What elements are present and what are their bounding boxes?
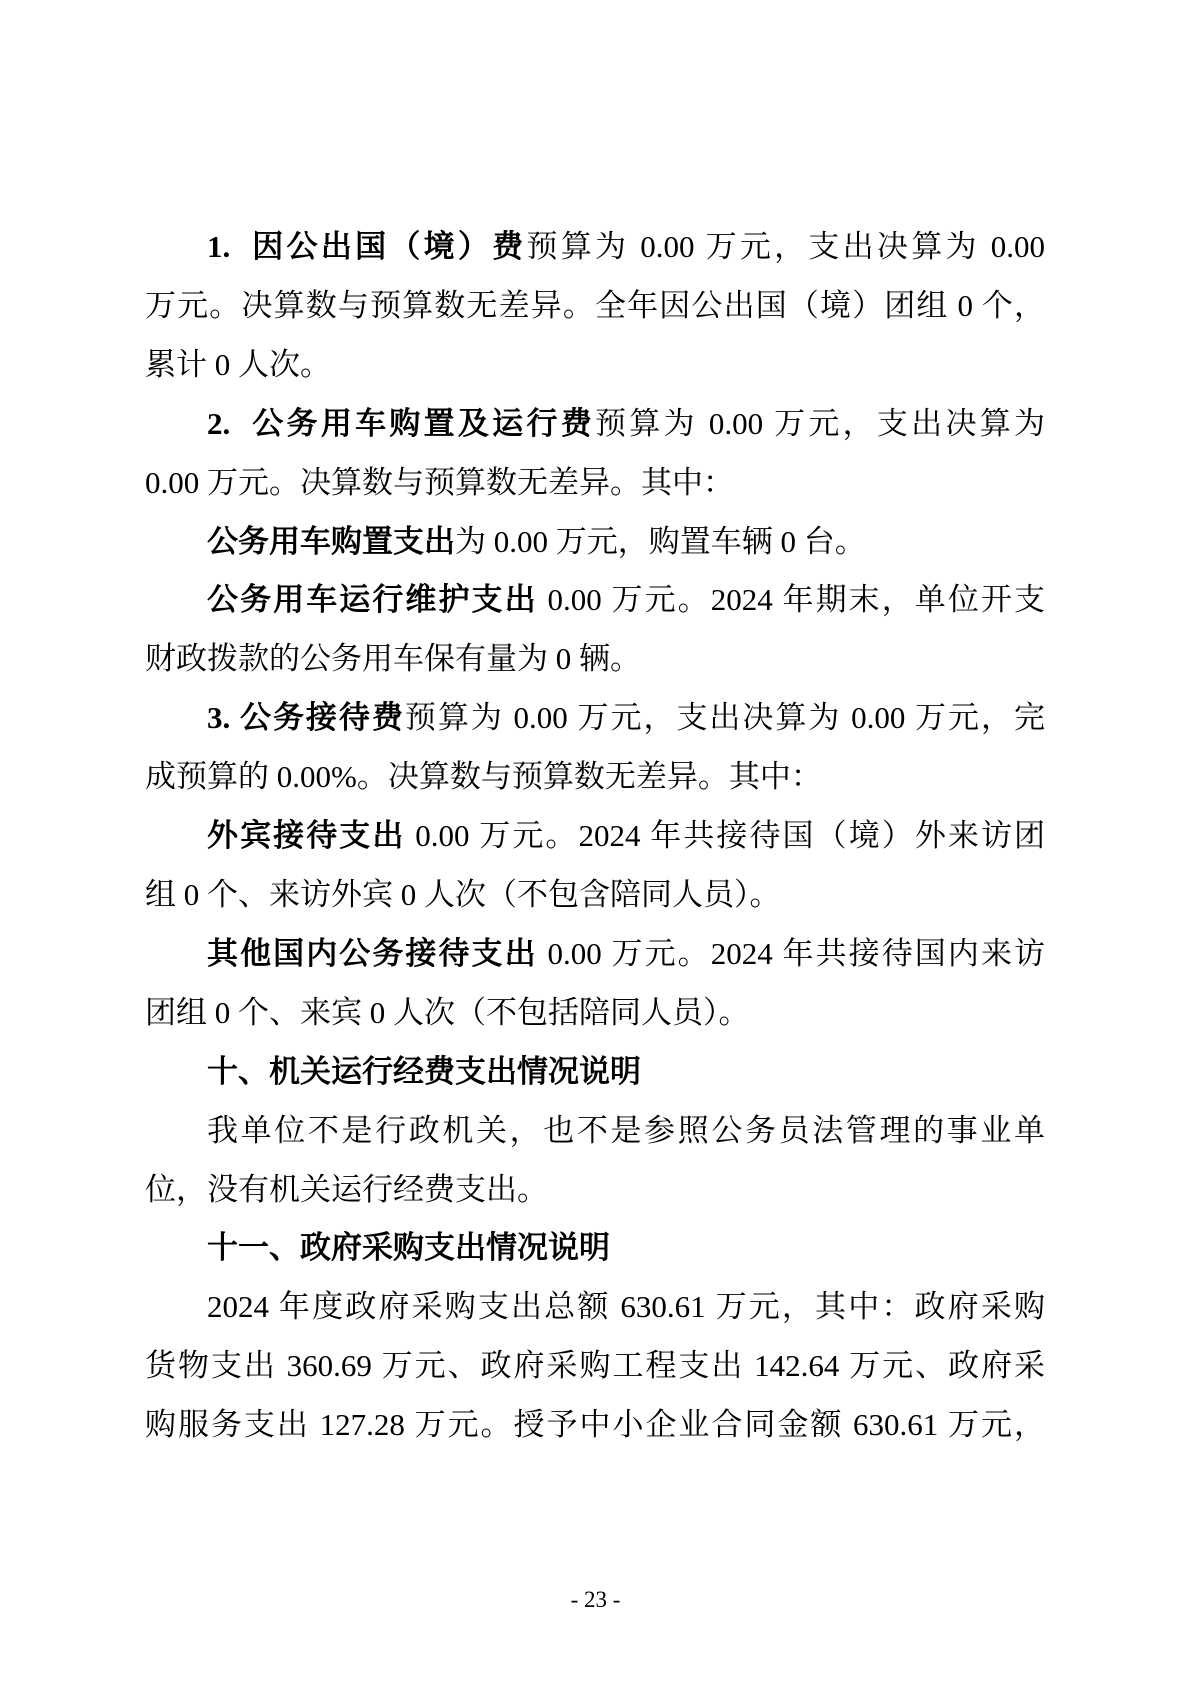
text-line: 公务用车购置支出为 0.00 万元，购置车辆 0 台。 — [145, 513, 1045, 572]
text-segment: 2. 公务用车购置及运行费 — [207, 406, 595, 441]
text-segment: 0.00 万元。2024 年期末，单位开支 — [538, 582, 1045, 617]
text-segment: 我单位不是行政机关，也不是参照公务员法管理的事业单 — [207, 1113, 1045, 1148]
body-text: 1. 因公出国（境）费预算为 0.00 万元，支出决算为 0.00万元。决算数与… — [145, 218, 1045, 1455]
text-segment: 1. 因公出国（境）费 — [207, 229, 526, 264]
text-line: 财政拨款的公务用车保有量为 0 辆。 — [145, 630, 1045, 689]
text-segment: 2024 年度政府采购支出总额 630.61 万元，其中：政府采购 — [207, 1289, 1045, 1324]
text-line: 2. 公务用车购置及运行费预算为 0.00 万元，支出决算为 — [145, 395, 1045, 454]
text-line: 公务用车运行维护支出 0.00 万元。2024 年期末，单位开支 — [145, 571, 1045, 630]
text-segment: 货物支出 360.69 万元、政府采购工程支出 142.64 万元、政府采 — [145, 1348, 1045, 1383]
text-line: 万元。决算数与预算数无差异。全年因公出国（境）团组 0 个， — [145, 277, 1045, 336]
document-page: 1. 因公出国（境）费预算为 0.00 万元，支出决算为 0.00万元。决算数与… — [0, 0, 1191, 1684]
page-number: - 23 - — [0, 1585, 1191, 1615]
text-segment: 组 0 个、来访外宾 0 人次（不包含陪同人员）。 — [145, 877, 781, 912]
text-segment: 0.00 万元。2024 年共接待国内来访 — [538, 936, 1045, 971]
text-segment: 成预算的 0.00%。决算数与预算数无差异。其中： — [145, 759, 822, 794]
text-line: 3. 公务接待费预算为 0.00 万元，支出决算为 0.00 万元，完 — [145, 689, 1045, 748]
text-segment: 3. 公务接待费 — [207, 700, 405, 735]
text-line: 货物支出 360.69 万元、政府采购工程支出 142.64 万元、政府采 — [145, 1337, 1045, 1396]
text-line: 组 0 个、来访外宾 0 人次（不包含陪同人员）。 — [145, 866, 1045, 925]
text-segment: 十、机关运行经费支出情况说明 — [207, 1054, 641, 1089]
text-segment: 财政拨款的公务用车保有量为 0 辆。 — [145, 641, 641, 676]
text-line: 团组 0 个、来宾 0 人次（不包括陪同人员）。 — [145, 984, 1045, 1043]
text-segment: 0.00 万元。2024 年共接待国（境）外来访团 — [405, 818, 1045, 853]
text-segment: 0.00 万元。决算数与预算数无差异。其中： — [145, 465, 734, 500]
text-line: 累计 0 人次。 — [145, 336, 1045, 395]
text-segment: 外宾接待支出 — [207, 818, 405, 853]
section-heading: 十一、政府采购支出情况说明 — [145, 1219, 1045, 1278]
text-line: 外宾接待支出 0.00 万元。2024 年共接待国（境）外来访团 — [145, 807, 1045, 866]
text-segment: 万元。决算数与预算数无差异。全年因公出国（境）团组 0 个， — [145, 288, 1045, 323]
text-segment: 团组 0 个、来宾 0 人次（不包括陪同人员）。 — [145, 995, 750, 1030]
text-segment: 位，没有机关运行经费支出。 — [145, 1172, 548, 1207]
text-segment: 十一、政府采购支出情况说明 — [207, 1230, 610, 1265]
text-segment: 预算为 0.00 万元，支出决算为 — [595, 406, 1045, 441]
text-line: 0.00 万元。决算数与预算数无差异。其中： — [145, 454, 1045, 513]
text-line: 我单位不是行政机关，也不是参照公务员法管理的事业单 — [145, 1102, 1045, 1161]
text-segment: 为 0.00 万元，购置车辆 0 台。 — [455, 524, 866, 559]
text-line: 2024 年度政府采购支出总额 630.61 万元，其中：政府采购 — [145, 1278, 1045, 1337]
text-segment: 公务用车购置支出 — [207, 524, 455, 559]
text-segment: 其他国内公务接待支出 — [207, 936, 538, 971]
text-segment: 公务用车运行维护支出 — [207, 582, 538, 617]
text-line: 其他国内公务接待支出 0.00 万元。2024 年共接待国内来访 — [145, 925, 1045, 984]
section-heading: 十、机关运行经费支出情况说明 — [145, 1043, 1045, 1102]
text-line: 购服务支出 127.28 万元。授予中小企业合同金额 630.61 万元， — [145, 1396, 1045, 1455]
text-segment: 预算为 0.00 万元，支出决算为 0.00 万元，完 — [405, 700, 1045, 735]
text-segment: 购服务支出 127.28 万元。授予中小企业合同金额 630.61 万元， — [145, 1407, 1045, 1442]
text-line: 位，没有机关运行经费支出。 — [145, 1161, 1045, 1220]
text-segment: 累计 0 人次。 — [145, 347, 331, 382]
text-segment: 预算为 0.00 万元，支出决算为 0.00 — [526, 229, 1045, 264]
text-line: 成预算的 0.00%。决算数与预算数无差异。其中： — [145, 748, 1045, 807]
text-line: 1. 因公出国（境）费预算为 0.00 万元，支出决算为 0.00 — [145, 218, 1045, 277]
